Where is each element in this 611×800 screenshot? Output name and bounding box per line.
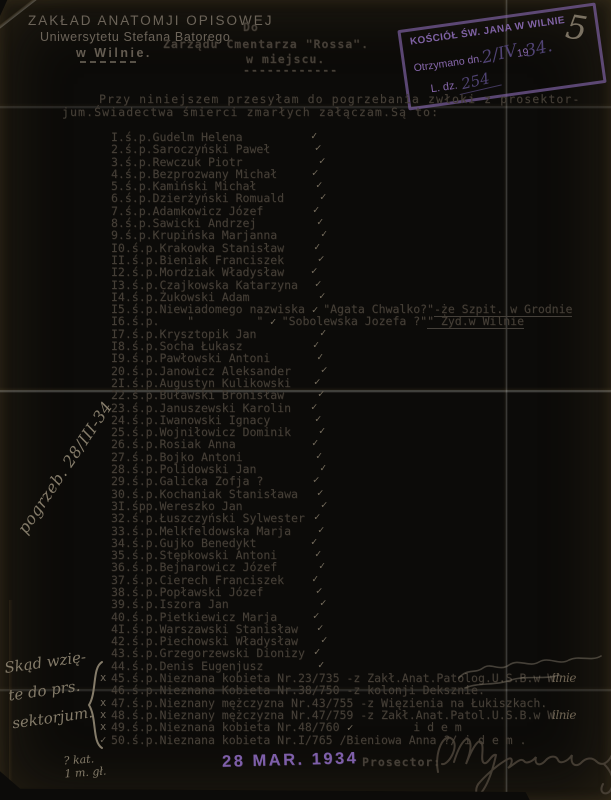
item-number: 50. [111,733,132,747]
check-mark-icon: ✓ [315,413,321,425]
check-mark-icon: ✓ [313,339,320,352]
check-mark-icon: ✓ [320,597,327,610]
check-mark-icon: ✓ [315,277,322,290]
stamp-ref-number-handwritten: 254 [456,67,502,95]
check-mark-icon: ✓ [316,585,323,598]
check-mark-icon: ✓ [314,240,321,253]
check-mark-icon: ✓ [313,204,320,216]
check-mark-icon: ✓ [313,474,320,487]
check-mark-icon: ✓ [317,486,324,499]
check-mark-icon: ✓ [311,265,318,278]
check-mark-icon: ✓ [320,191,326,203]
check-mark-icon: ✓ [314,511,321,523]
check-mark-icon: ✓ [312,572,319,585]
check-mark-icon: ✓ [321,228,328,241]
check-mark-icon: ✓ [319,560,326,573]
faint-pencil-scribble [455,650,605,692]
check-mark-icon: ✓ [312,167,319,180]
check-mark-icon: ✓ [315,548,322,561]
letterhead-city: w Wilnie. [76,46,152,60]
body-line-2: jum.Świadectwa śmierci zmarłych załączam… [62,105,439,119]
small-note-line: 1 m. gł. [64,765,107,781]
check-mark-icon: ✓ [319,290,326,302]
recipient-to-label: Do [243,20,259,34]
check-mark-icon: ✓ [311,130,318,143]
check-mark-icon: ✓ [317,622,324,634]
check-mark-icon: ✓ [321,499,328,512]
check-mark-icon: ✓ [321,363,328,376]
check-mark-icon: ✓ [313,609,320,622]
check-mark-icon: ✓ [318,253,325,266]
burial-date-note: pogrzeb. 28/III-34 [14,386,125,538]
check-mark-icon: ✓ [320,462,327,475]
check-mark-icon: ✓ [316,179,323,191]
source-note: Skąd wzię- te do prs. sektorjum. [3,643,96,738]
check-mark-icon: ✓ [318,659,325,672]
check-mark-icon: ✓ [318,524,324,536]
check-mark-icon: ✓ [316,450,323,463]
date-stamp: 28 MAR. 1934 [222,749,359,772]
margin-brace [84,660,106,750]
item-annotation: "Sobolewska Jozefa ?" [282,314,427,328]
recipient-organization: Zarządu Cmentarza "Rossa". [163,37,369,51]
body-line-1: Przy niniejszem przesyłam do pogrzebania… [99,92,580,106]
prosector-signature [428,712,611,800]
check-mark-icon: ✓ [319,425,326,437]
check-mark-icon: ✓ [311,400,318,412]
check-mark-icon: ✓ [317,351,324,364]
check-mark-icon: ✓ [314,376,321,389]
check-mark-icon: ✓ [314,646,321,658]
check-mark-icon: ✓ [317,216,324,229]
recipient-dashes: ------------ [243,63,338,77]
check-mark-icon: ✓ [312,437,319,450]
check-mark-icon: ✓ [320,327,327,340]
document-page: ZAKŁAD ANATOMJI OPISOWEJ Uniwersytetu St… [0,0,611,800]
stamp-received-date-handwritten: 2/IV [480,41,519,68]
check-mark-icon: ✓ [315,142,322,155]
letterhead-institution: ZAKŁAD ANATOMJI OPISOWEJ [28,13,274,28]
small-pencil-note: ? kat. 1 m. gł. [63,752,107,781]
check-mark-icon: ✓ [319,154,326,167]
check-mark-icon: ✓ [311,536,318,548]
check-mark-icon: ✓ [318,388,325,401]
item-name: ś.p.Nieznana kobieta Nr.I/765 /Bieniowa … [132,733,457,747]
letterhead-underline [80,61,136,63]
check-mark-icon: ✓ [321,634,327,646]
stamp-received-label: Otrzymano dn. [413,53,483,74]
stamp-year-handwritten: 34. [523,36,554,62]
